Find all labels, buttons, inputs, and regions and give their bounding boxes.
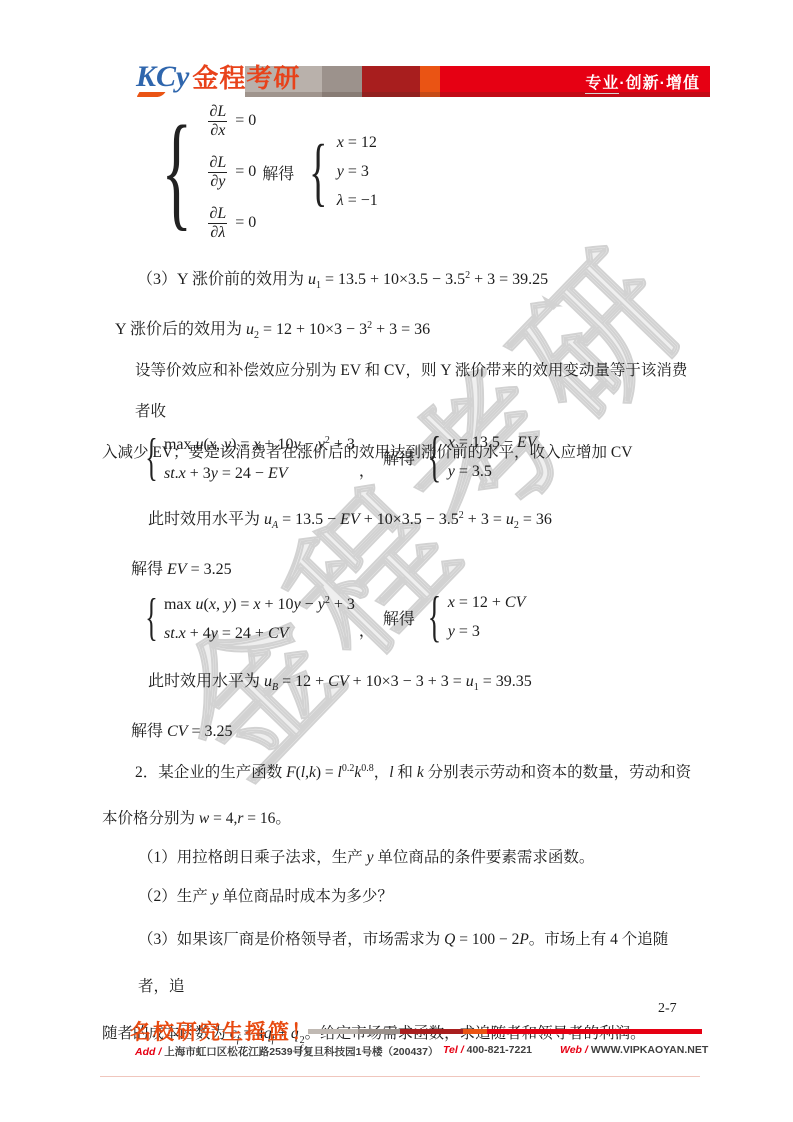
equals-zero: = 0	[235, 163, 256, 181]
footer-bar-dark-red	[400, 1029, 463, 1034]
paragraph-line: 2．某企业的生产函数 F(l,k) = l0.2k0.8，l 和 k 分别表示劳…	[102, 746, 695, 796]
objective-row: max u(x, y) = x + 10y − y2 + 3	[164, 428, 355, 458]
ev-program: max u(x, y) = x + 10y − y2 + 3 st.x + 3y…	[164, 428, 355, 487]
equation-u1: （3）Y 涨价前的效用为 u1 = 13.5 + 10×3.5 − 3.52 +…	[137, 266, 548, 291]
paragraph-line: 设等价效应和补偿效应分别为 EV 和 CV，则 Y 涨价带来的效用变动量等于该消…	[102, 350, 695, 432]
kcy-logo-mark: KCy	[136, 60, 189, 94]
constraint-row: st.x + 4y = 24 + CV	[164, 621, 355, 647]
solution-row: x = 12	[337, 130, 378, 156]
equation-system-cv: { max u(x, y) = x + 10y − y2 + 3 st.x + …	[139, 588, 525, 647]
left-brace: {	[428, 591, 441, 644]
footer-bar-orange	[463, 1029, 487, 1034]
ev-solutions: x = 13.5 − EV y = 3.5	[448, 430, 537, 485]
cv-solutions: x = 12 + CV y = 3	[448, 590, 526, 645]
left-brace: {	[428, 431, 441, 484]
question-2-part2: （2）生产 y 单位商品时成本为多少？	[138, 884, 393, 906]
fraction-dL-dlambda: ∂L∂λ	[207, 205, 228, 242]
footer-slogan: 名校研究生摇篮！	[130, 1016, 314, 1046]
foc-rows: ∂L∂x = 0 ∂L∂y = 0 ∂L∂λ = 0	[207, 103, 256, 241]
paragraph-line: 本价格分别为 w = 4,r = 16。	[102, 796, 695, 842]
solution-row: y = 3	[337, 159, 378, 185]
comma: ，	[359, 618, 375, 641]
footer-bar-red	[487, 1029, 702, 1034]
brand-logo: KCy 金程考研	[136, 58, 300, 95]
solution-row: x = 12 + CV	[448, 590, 526, 616]
solve-label: 解得	[383, 446, 415, 469]
footer-bar-light-gray	[308, 1029, 358, 1034]
document-content: { ∂L∂x = 0 ∂L∂y = 0 ∂L∂λ = 0 解得 { x = 12	[0, 0, 793, 1122]
equation-uA: 此时效用水平为 uA = 13.5 − EV + 10×3.5 − 3.52 +…	[148, 506, 552, 531]
page-number: 2-7	[658, 1001, 677, 1017]
question-2-intro: 2．某企业的生产函数 F(l,k) = l0.2k0.8，l 和 k 分别表示劳…	[102, 746, 695, 842]
document-page: 金程考研 KCy 金程考研 专业·创新·增值 { ∂L∂x = 0 ∂L∂y =…	[0, 0, 793, 1122]
footer-bar-gray	[358, 1029, 400, 1034]
constraint-row: st.x + 3y = 24 − EV	[164, 461, 355, 487]
comma: ，	[359, 458, 375, 481]
fraction-dL-dx: ∂L∂x	[207, 103, 228, 140]
solve-label: 解得	[383, 606, 415, 629]
footer-color-bars	[308, 1029, 702, 1034]
foc-row: ∂L∂x = 0	[207, 103, 256, 140]
cv-program: max u(x, y) = x + 10y − y2 + 3 st.x + 4y…	[164, 588, 355, 647]
question-2-part1: （1）用拉格朗日乘子法求，生产 y 单位商品的条件要素需求函数。	[138, 845, 594, 867]
paragraph-line: （3）如果该厂商是价格领导者，市场需求为 Q = 100 − 2P。市场上有 4…	[102, 916, 695, 1010]
equals-zero: = 0	[235, 112, 256, 130]
equation-u2: Y 涨价后的效用为 u2 = 12 + 10×3 − 32 + 3 = 36	[115, 316, 430, 341]
solution-row: x = 13.5 − EV	[448, 430, 537, 456]
foc-solutions: x = 12 y = 3 λ = −1	[337, 130, 378, 214]
equation-ev-result: 解得 EV = 3.25	[131, 556, 232, 579]
equals-zero: = 0	[235, 214, 256, 232]
solution-row: y = 3.5	[448, 459, 537, 485]
equation-uB: 此时效用水平为 uB = 12 + CV + 10×3 − 3 + 3 = u1…	[148, 668, 532, 693]
fraction-dL-dy: ∂L∂y	[207, 154, 228, 191]
left-brace: {	[145, 593, 157, 642]
solution-row: y = 3	[448, 619, 526, 645]
equation-system-foc: { ∂L∂x = 0 ∂L∂y = 0 ∂L∂λ = 0 解得 { x = 12	[146, 103, 378, 241]
equation-system-ev: { max u(x, y) = x + 10y − y2 + 3 st.x + …	[139, 428, 536, 487]
solve-label: 解得	[262, 161, 294, 184]
foc-row: ∂L∂y = 0	[207, 154, 256, 191]
equation-cv-result: 解得 CV = 3.25	[131, 718, 233, 741]
left-brace: {	[161, 111, 192, 233]
solution-row: λ = −1	[337, 188, 378, 214]
objective-row: max u(x, y) = x + 10y − y2 + 3	[164, 588, 355, 618]
left-brace: {	[309, 136, 327, 208]
left-brace: {	[145, 433, 157, 482]
brand-name: 金程考研	[192, 58, 300, 95]
foc-row: ∂L∂λ = 0	[207, 205, 256, 242]
